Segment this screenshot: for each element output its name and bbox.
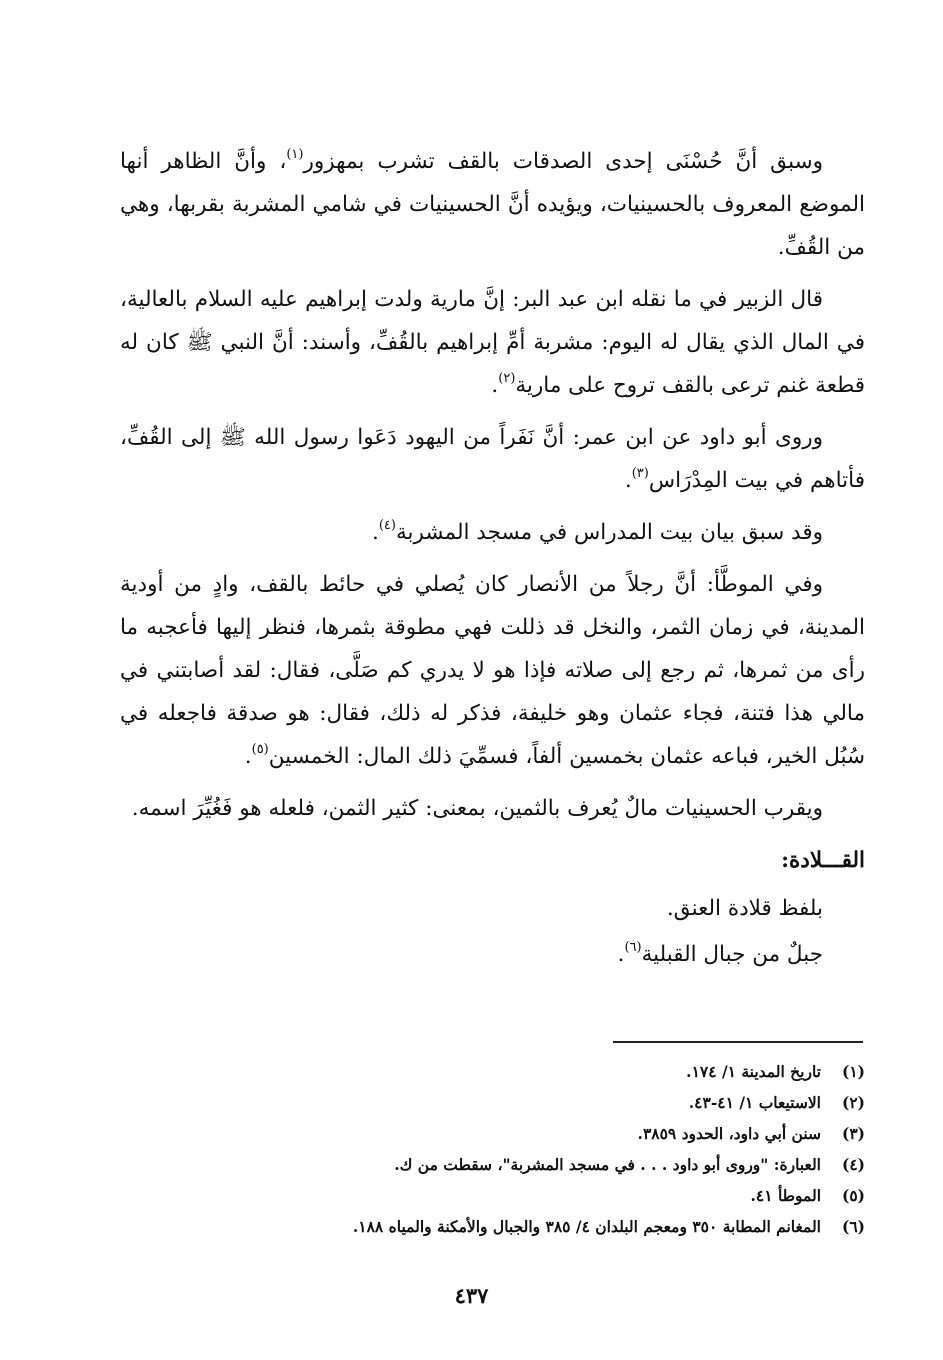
paragraph-text: وسبق أنَّ حُسْنَى إحدى الصدقات بالقف تشر… <box>303 149 823 174</box>
footnote-number: (١) <box>821 1056 865 1087</box>
footnote-text: تاريخ المدينة ١/ ١٧٤. <box>686 1056 821 1087</box>
section-line-text: بلفظ قلادة العنق. <box>667 896 823 921</box>
footnote-ref[interactable]: (٤) <box>379 518 396 533</box>
paragraph-3: وروى أبو داود عن ابن عمر: أنَّ نَفَراً م… <box>120 416 865 502</box>
footnote-number: (٦) <box>821 1211 865 1242</box>
footnote-separator <box>613 1041 863 1043</box>
footnote-text: المغانم المطابة ٣٥٠ ومعجم البلدان ٤/ ٣٨٥… <box>353 1211 821 1242</box>
paragraph-6: ويقرب الحسينيات مالٌ يُعرف بالثمين، بمعن… <box>120 787 865 830</box>
footnote-ref[interactable]: (٦) <box>624 940 641 955</box>
footnote-ref[interactable]: (٥) <box>252 742 269 757</box>
footnote-text: العبارة: "وروى أبو داود . . . في مسجد ال… <box>394 1149 821 1180</box>
footnote-text: سنن أبي داود، الحدود ٣٨٥٩. <box>638 1118 821 1149</box>
footnote-ref[interactable]: (٢) <box>498 371 515 386</box>
paragraph-1: وسبق أنَّ حُسْنَى إحدى الصدقات بالقف تشر… <box>120 140 865 269</box>
footnote-number: (٢) <box>821 1087 865 1118</box>
paragraph-text: وروى أبو داود عن ابن عمر: أنَّ نَفَراً م… <box>120 425 865 493</box>
section-line-2: جبلٌ من جبال القبلية(٦). <box>120 932 865 978</box>
footnote-5: (٥)الموطأ ٤١. <box>165 1180 865 1211</box>
footnote-2: (٢)الاستيعاب ١/ ٤١-٤٣. <box>165 1087 865 1118</box>
paragraph-text: ويقرب الحسينيات مالٌ يُعرف بالثمين، بمعن… <box>132 796 823 821</box>
footnote-4: (٤)العبارة: "وروى أبو داود . . . في مسجد… <box>165 1149 865 1180</box>
footnote-ref[interactable]: (٣) <box>632 466 649 481</box>
main-text: وسبق أنَّ حُسْنَى إحدى الصدقات بالقف تشر… <box>120 140 865 978</box>
footnote-3: (٣)سنن أبي داود، الحدود ٣٨٥٩. <box>165 1118 865 1149</box>
paragraph-5: وفي الموطَّأ: أنَّ رجلاً من الأنصار كان … <box>120 563 865 778</box>
footnote-text: الاستيعاب ١/ ٤١-٤٣. <box>689 1087 821 1118</box>
footnote-number: (٥) <box>821 1180 865 1211</box>
paragraph-text: وقد سبق بيان بيت المدراس في مسجد المشربة <box>396 520 823 545</box>
section-line-text: جبلٌ من جبال القبلية <box>642 942 823 967</box>
footnote-ref[interactable]: (١) <box>286 147 303 162</box>
footnotes: (١)تاريخ المدينة ١/ ١٧٤. (٢)الاستيعاب ١/… <box>165 1056 865 1242</box>
paragraph-tail: . <box>245 744 252 769</box>
paragraph-4: وقد سبق بيان بيت المدراس في مسجد المشربة… <box>120 511 865 554</box>
footnote-text: الموطأ ٤١. <box>750 1180 821 1211</box>
footnote-number: (٤) <box>821 1149 865 1180</box>
paragraph-text: وفي الموطَّأ: أنَّ رجلاً من الأنصار كان … <box>120 572 865 769</box>
paragraph-2: قال الزبير في ما نقله ابن عبد البر: إنَّ… <box>120 278 865 407</box>
footnote-1: (١)تاريخ المدينة ١/ ١٧٤. <box>165 1056 865 1087</box>
footnote-6: (٦)المغانم المطابة ٣٥٠ ومعجم البلدان ٤/ … <box>165 1211 865 1242</box>
paragraph-tail: . <box>372 520 379 545</box>
section-line-1: بلفظ قلادة العنق. <box>120 886 865 932</box>
footnote-number: (٣) <box>821 1118 865 1149</box>
paragraph-tail: . <box>625 468 632 493</box>
page-number: ٤٣٧ <box>0 1283 943 1308</box>
section-heading: القـــلادة: <box>120 839 865 882</box>
